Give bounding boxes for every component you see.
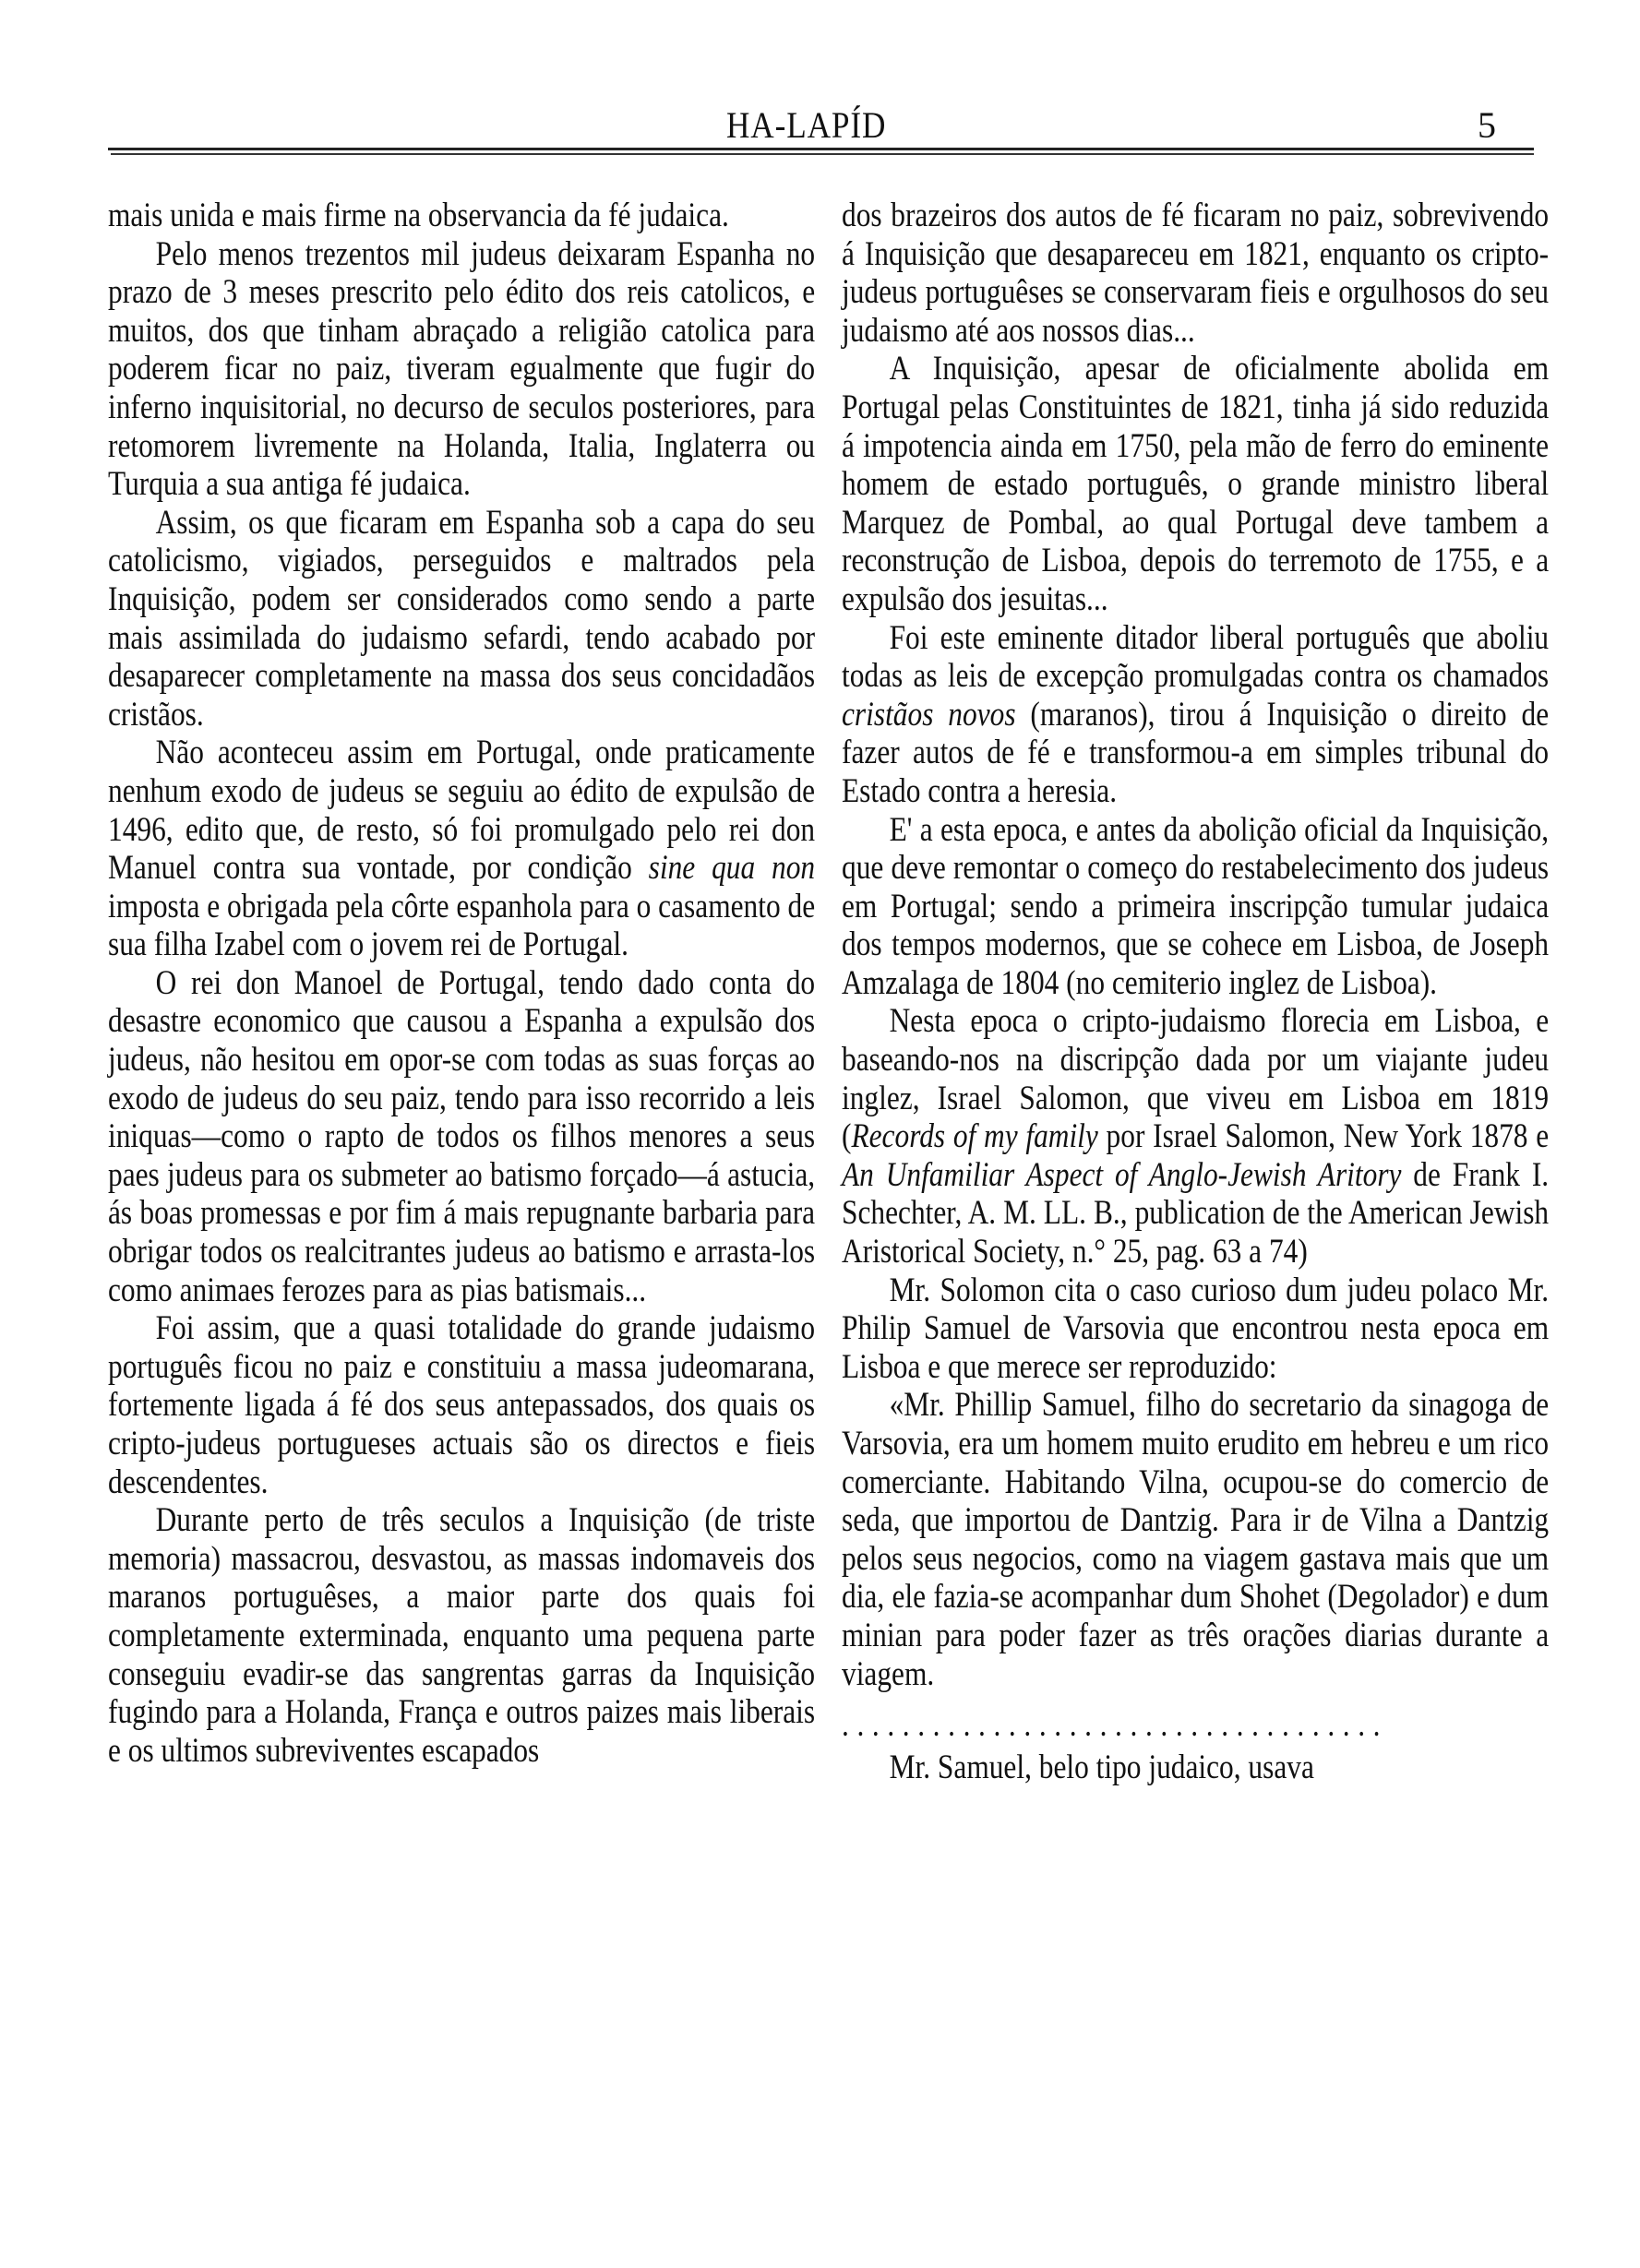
italic-text: An Unfamiliar Aspect of Anglo-Jewish Ari… bbox=[842, 1155, 1401, 1193]
text-run: Assim, os que ficaram em Espanha sob a c… bbox=[108, 503, 815, 733]
running-header: HA-LAPÍD 5 bbox=[108, 103, 1529, 148]
right-column: dos brazeiros dos autos de fé ficaram no… bbox=[842, 196, 1549, 1785]
paragraph: A Inquisição, apesar de oficialmente abo… bbox=[842, 349, 1549, 617]
text-run: Mr. Samuel, belo tipo judaico, usava bbox=[890, 1748, 1314, 1785]
paragraph: Mr. Samuel, belo tipo judaico, usava bbox=[842, 1748, 1549, 1786]
paragraph: mais unida e mais firme na observancia d… bbox=[108, 196, 815, 234]
paragraph: E' a esta epoca, e antes da abolição ofi… bbox=[842, 810, 1549, 1002]
paragraph: O rei don Manoel de Portugal, tendo dado… bbox=[108, 963, 815, 1308]
italic-text: cristãos novos bbox=[842, 695, 1016, 733]
paragraph: Pelo menos trezentos mil judeus deixaram… bbox=[108, 234, 815, 503]
text-run: Pelo menos trezentos mil judeus deixaram… bbox=[108, 234, 815, 503]
text-run: mais unida e mais firme na observancia d… bbox=[108, 196, 729, 233]
paragraph: «Mr. Phillip Samuel, filho do secretario… bbox=[842, 1385, 1549, 1692]
text-run: Foi este eminente ditador liberal portug… bbox=[842, 618, 1549, 695]
left-column: mais unida e mais firme na observancia d… bbox=[108, 196, 815, 1769]
text-run: Durante perto de três seculos a Inquisiç… bbox=[108, 1500, 815, 1769]
paragraph: Durante perto de três seculos a Inquisiç… bbox=[108, 1500, 815, 1769]
text-run: O rei don Manoel de Portugal, tendo dado… bbox=[108, 963, 815, 1308]
paragraph: Não aconteceu assim em Portugal, onde pr… bbox=[108, 733, 815, 963]
text-run: .................................... bbox=[842, 1705, 1388, 1743]
left-column-text: mais unida e mais firme na observancia d… bbox=[108, 196, 815, 1769]
text-run: «Mr. Phillip Samuel, filho do secretario… bbox=[842, 1385, 1549, 1691]
ellipsis-separator: .................................... bbox=[842, 1705, 1549, 1744]
text-run: Foi assim, que a quasi totalidade do gra… bbox=[108, 1308, 815, 1499]
paragraph: Mr. Solomon cita o caso curioso dum jude… bbox=[842, 1271, 1549, 1386]
text-run: por Israel Salomon, New York 1878 e bbox=[1098, 1116, 1549, 1154]
text-run: dos brazeiros dos autos de fé ficaram no… bbox=[842, 196, 1549, 349]
right-column-text: dos brazeiros dos autos de fé ficaram no… bbox=[842, 196, 1549, 1785]
paragraph: Foi este eminente ditador liberal portug… bbox=[842, 618, 1549, 810]
text-run: imposta e obrigada pela côrte espanhola … bbox=[108, 887, 815, 963]
text-run: A Inquisição, apesar de oficialmente abo… bbox=[842, 349, 1549, 617]
text-run: Mr. Solomon cita o caso curioso dum jude… bbox=[842, 1271, 1549, 1385]
italic-text: sine qua non bbox=[649, 848, 815, 886]
journal-title: HA-LAPÍD bbox=[726, 103, 886, 148]
paragraph: Nesta epoca o cripto-judaismo florecia e… bbox=[842, 1001, 1549, 1270]
page-number: 5 bbox=[1478, 103, 1496, 148]
paragraph: dos brazeiros dos autos de fé ficaram no… bbox=[842, 196, 1549, 349]
header-rule-secondary bbox=[111, 153, 1534, 155]
paragraph: Assim, os que ficaram em Espanha sob a c… bbox=[108, 503, 815, 734]
italic-text: Records of my family bbox=[851, 1116, 1097, 1154]
text-run: E' a esta epoca, e antes da abolição ofi… bbox=[842, 810, 1549, 1001]
paragraph: Foi assim, que a quasi totalidade do gra… bbox=[108, 1308, 815, 1500]
